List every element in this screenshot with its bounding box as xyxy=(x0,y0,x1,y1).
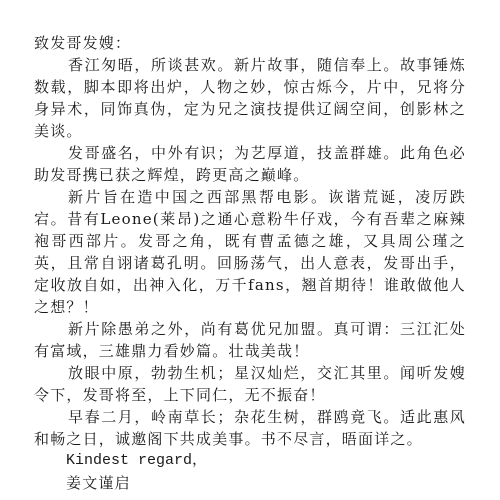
letter-salutation: 致发哥发嫂： xyxy=(34,32,466,54)
letter-document: 致发哥发嫂： 香江匆晤，所谈甚欢。新片故事，随信奉上。故事锤炼数载，脚本即将出炉… xyxy=(34,32,466,494)
letter-paragraph-1: 香江匆晤，所谈甚欢。新片故事，随信奉上。故事锤炼数载，脚本即将出炉，人物之妙，惊… xyxy=(34,54,466,142)
letter-paragraph-4: 新片除愚弟之外，尚有葛优兄加盟。真可谓：三江汇处有富域，三雄鼎力看妙篇。壮哉美哉… xyxy=(34,318,466,362)
letter-paragraph-5: 放眼中原，勃勃生机；星汉灿烂，交汇其里。闻听发嫂令下，发哥将至，上下同仁，无不振… xyxy=(34,362,466,406)
letter-paragraph-6: 早春二月，岭南草长；杂花生树，群鸥竟飞。适此惠风和畅之日，诚邀阁下共成美事。书不… xyxy=(34,406,466,450)
letter-paragraph-3: 新片旨在造中国之西部黑帮电影。诙谐荒诞，凌厉跌宕。昔有Leone(莱昂)之通心意… xyxy=(34,186,466,318)
letter-closing: Kindest regard， xyxy=(34,450,466,472)
letter-signature: 姜文谨启 xyxy=(34,472,466,494)
letter-paragraph-2: 发哥盛名，中外有识；为艺厚道，技盖群雄。此角色必助发哥携已获之辉煌，跨更高之巅峰… xyxy=(34,142,466,186)
